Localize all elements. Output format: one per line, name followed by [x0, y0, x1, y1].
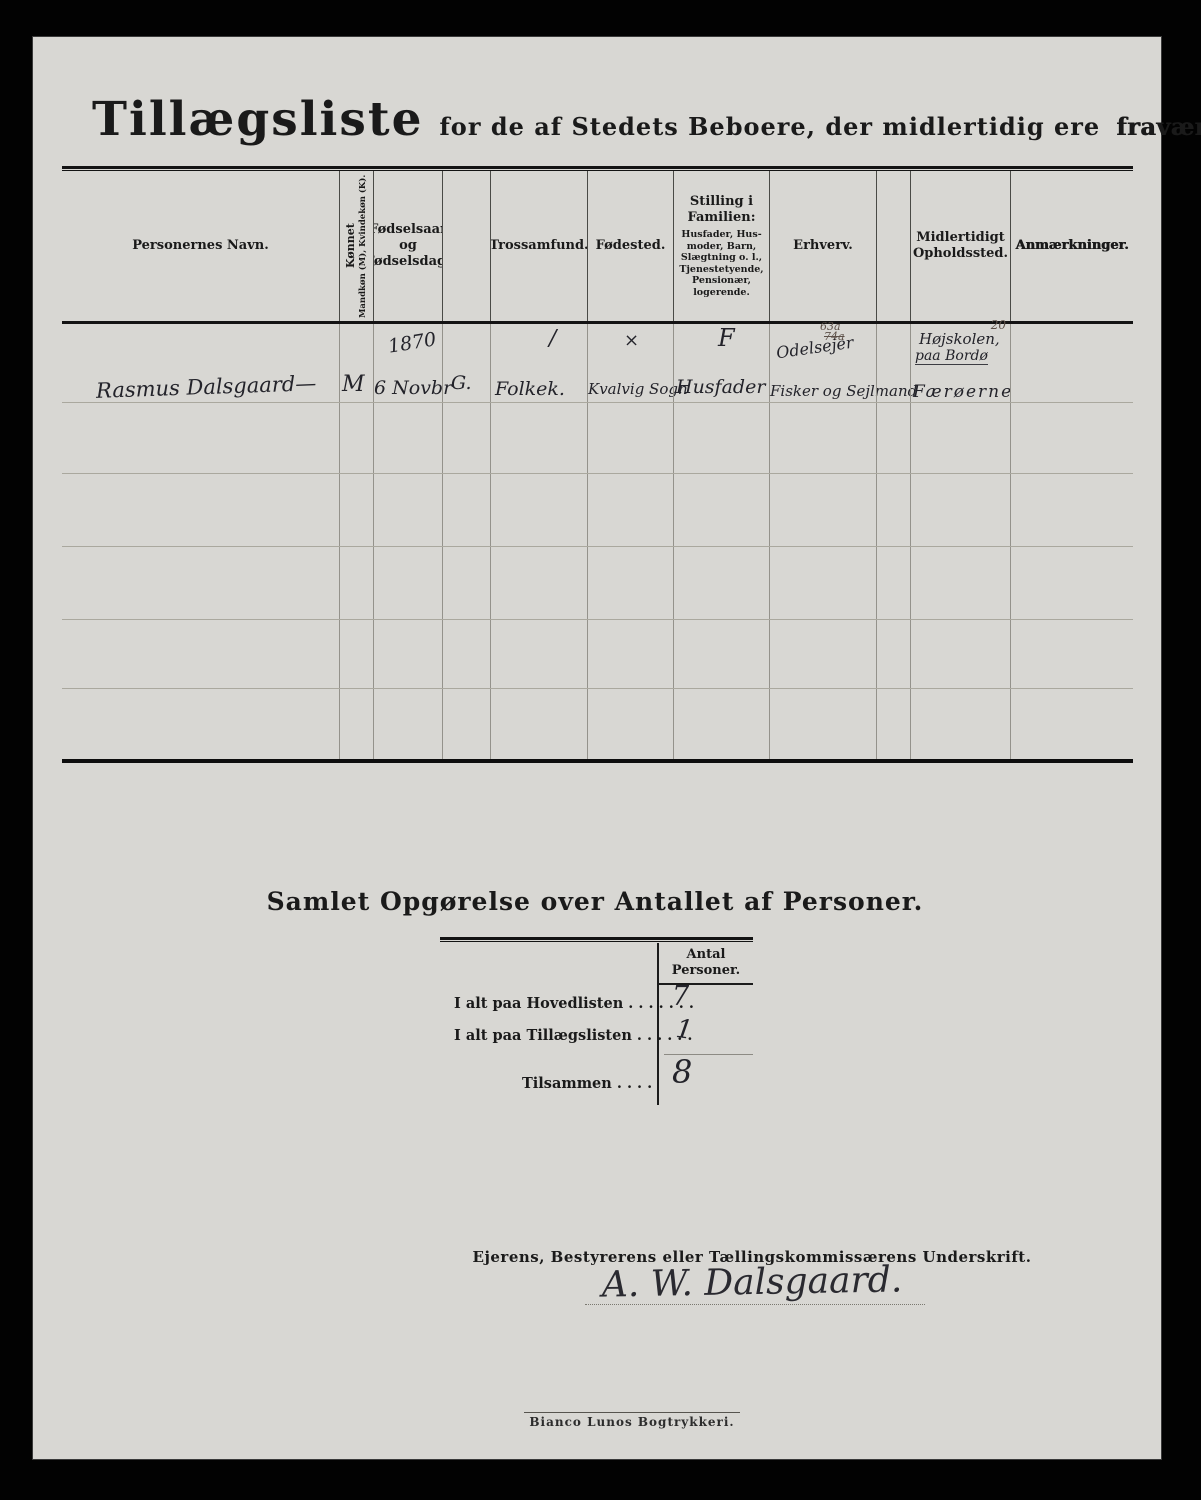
entry-name: Rasmus Dalsgaard— — [96, 371, 317, 403]
summary-row1-value: 7 — [672, 981, 689, 1012]
summary-table: Antal Personer. I alt paa Hovedlisten . … — [440, 937, 753, 1105]
person-table: Personernes Navn. Kønnet Mandkøn (M), Kv… — [62, 166, 1133, 763]
header-aegteskabelig-stilling: Ægteskabelig Stilling. Ugift (U), Gift (… — [442, 171, 490, 321]
cell-marital: G. — [442, 324, 490, 402]
entry-faith-mark: ∕ — [549, 326, 556, 351]
header-midlertidigt-opholdssted: Midlertidigt Opholdssted. — [910, 171, 1010, 321]
table-row-empty — [62, 689, 1133, 759]
entry-residence-line2: paa Bordø — [915, 348, 988, 365]
summary-row3-value: 8 — [672, 1053, 692, 1091]
form-title-subtitle: for de af Stedets Beboere, der midlertid… — [439, 112, 1100, 141]
header-stilling-i-familien: Stilling i Familien: Husfader, Hus­moder… — [673, 171, 769, 321]
entry-birth-day: 6 Novbr — [374, 377, 452, 399]
cell-birthplace: × Kvalvig Sogn — [587, 324, 673, 402]
entry-sex: M — [342, 372, 365, 397]
form-title: Tillægsliste for de af Stedets Beboere, … — [92, 92, 1112, 147]
summary-col-header: Antal Personer. — [659, 947, 753, 979]
cell-remarks — [1010, 324, 1133, 402]
header-trossamfund: Trossamfund. — [490, 171, 587, 321]
entry-birth-year: 1870 — [387, 328, 438, 357]
table-header-row: Personernes Navn. Kønnet Mandkøn (M), Kv… — [62, 171, 1133, 324]
summary-row3-label: Tilsammen . . . . — [522, 1075, 652, 1092]
summary-heading: Samlet Opgørelse over Antallet af Person… — [245, 887, 945, 916]
entry-residence-line3: Færøerne — [913, 382, 1013, 402]
imprint-rule — [524, 1412, 740, 1413]
table-row-empty — [62, 403, 1133, 474]
entry-residence-line1: Højskolen, — [919, 330, 1000, 348]
entry-family-mark: F — [718, 324, 735, 352]
cell-birth: 1870 6 Novbr — [373, 324, 442, 402]
header-foedested: Fødested. — [587, 171, 673, 321]
signature-underline — [585, 1304, 925, 1305]
header-personernes-navn: Personernes Navn. — [62, 171, 339, 321]
cell-family: F Husfader — [673, 324, 769, 402]
header-foedselsaar: Fødselsaar og Fødselsdag. — [373, 171, 442, 321]
cell-disability — [876, 324, 910, 402]
census-form-page: Tillægsliste for de af Stedets Beboere, … — [32, 36, 1162, 1460]
table-body: Rasmus Dalsgaard— M 1870 6 Novbr G. ∕ Fo… — [62, 324, 1133, 763]
summary-top-rule — [440, 937, 753, 942]
entry-faith: Folkek. — [495, 378, 565, 400]
table-row-empty — [62, 620, 1133, 689]
table-row-empty — [62, 547, 1133, 620]
table-row-entry: Rasmus Dalsgaard— M 1870 6 Novbr G. ∕ Fo… — [62, 324, 1133, 403]
table-row-empty — [62, 474, 1133, 547]
entry-birthplace-mark: × — [624, 330, 639, 351]
entry-occupation-note: Odelsejer — [775, 333, 855, 363]
cell-name: Rasmus Dalsgaard— — [62, 324, 339, 402]
form-title-subtitle-emphasis: fraværende. — [1116, 112, 1201, 141]
summary-row2-label: I alt paa Tillægslisten . . . . . . — [454, 1027, 692, 1044]
form-title-main: Tillægsliste — [92, 92, 423, 147]
entry-marital: G. — [451, 372, 472, 394]
printer-imprint: Bianco Lunos Bogtrykkeri. — [452, 1415, 812, 1429]
cell-faith: ∕ Folkek. — [490, 324, 587, 402]
header-anmaerkninger: Anmærkninger. — [1010, 171, 1133, 321]
summary-row1-label: I alt paa Hovedlisten . . . . . . . — [454, 995, 694, 1012]
cell-occupation: 63a 74a Odelsejer Fisker og Sejlmand — [769, 324, 876, 402]
cell-sex: M — [339, 324, 373, 402]
header-koennet: Kønnet Mandkøn (M), Kvindekøn (K). — [339, 171, 373, 321]
cell-residence: 20 Højskolen, paa Bordø Færøerne — [910, 324, 1010, 402]
entry-family: Husfader — [676, 376, 765, 398]
header-doevstum: Døvstum(D), Blind(B), Aands­svag (A), Si… — [876, 171, 910, 321]
header-erhverv: Erhverv. — [769, 171, 876, 321]
